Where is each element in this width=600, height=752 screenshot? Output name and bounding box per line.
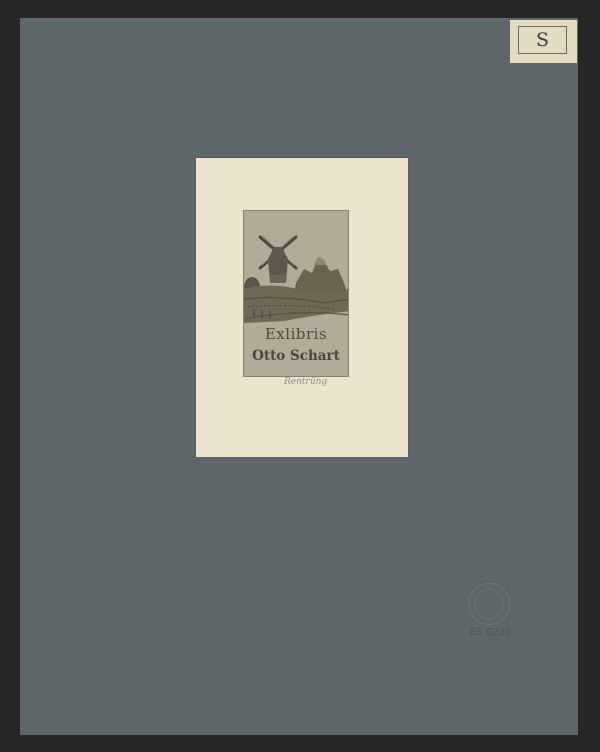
archive-label: S [510, 20, 577, 63]
collection-stamp-icon [468, 583, 510, 625]
bookplate-paper: Exlibris Otto Schart Rentrüng [196, 158, 408, 457]
archive-label-letter: S [518, 26, 567, 54]
bookplate-owner: Otto Schart [244, 348, 348, 364]
bookplate-title: Exlibris [244, 325, 348, 343]
bookplate-etching: Exlibris Otto Schart [243, 210, 349, 377]
pencil-signature: Rentrüng [284, 377, 327, 387]
stamp-inner-ring [474, 589, 504, 619]
inventory-number: ES 0230 [470, 627, 511, 638]
